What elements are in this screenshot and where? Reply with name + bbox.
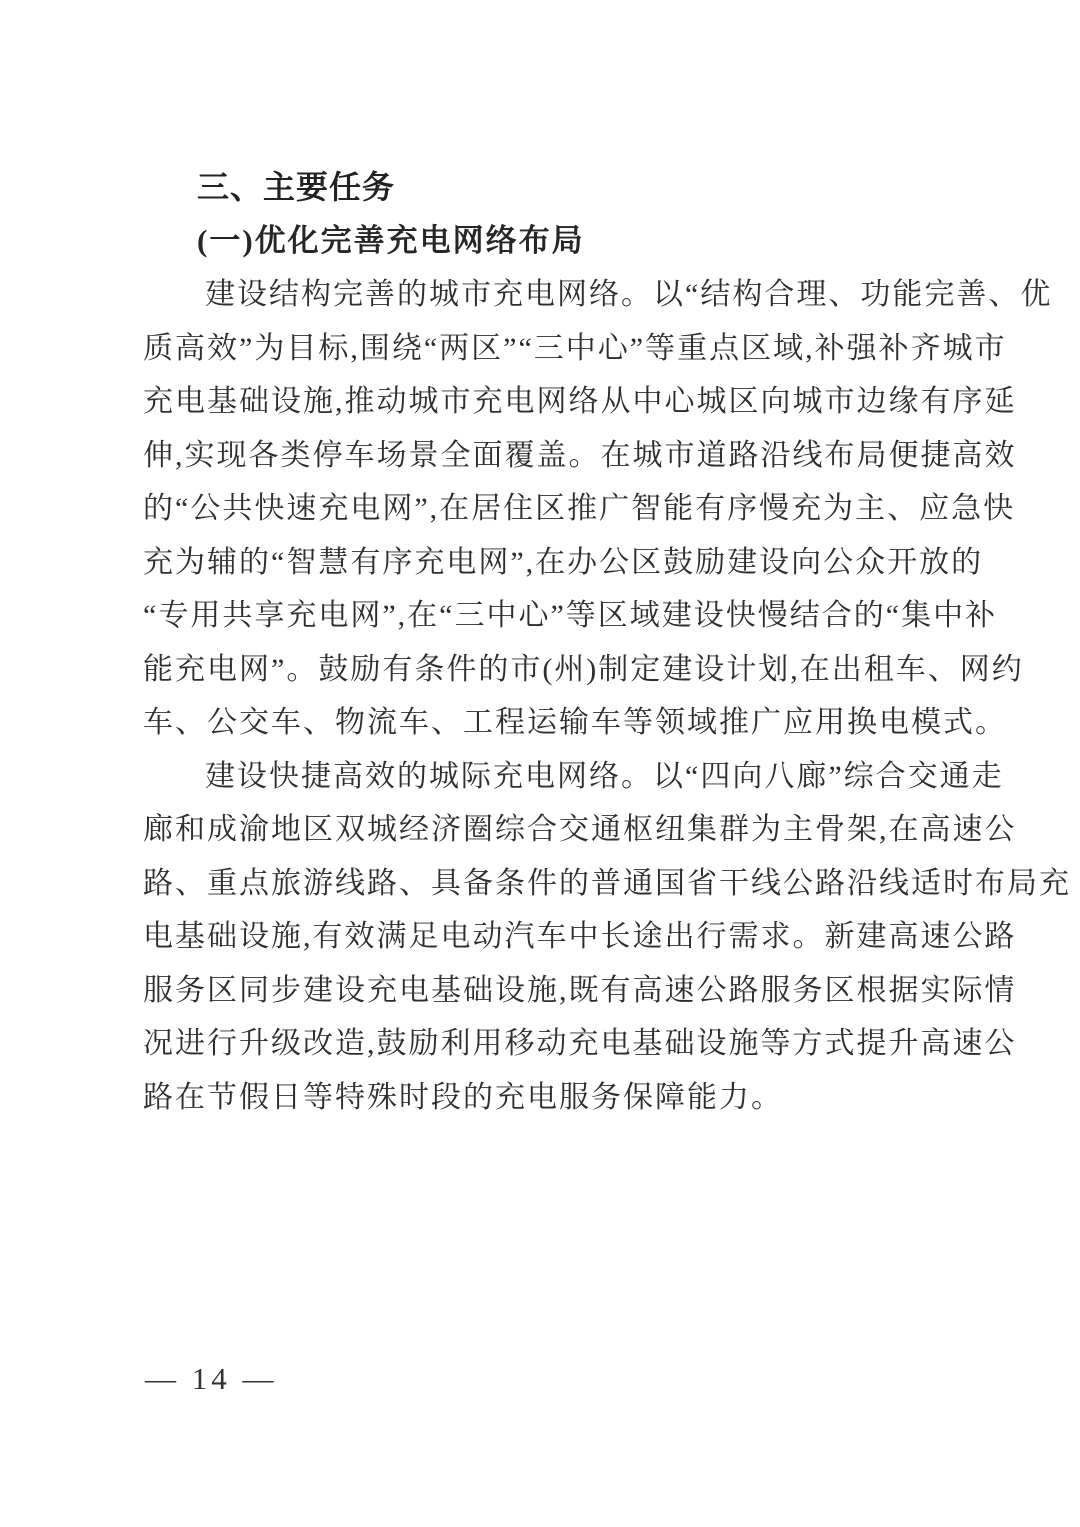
text-line: 充为辅的“智慧有序充电网”,在办公区鼓励建设向公众开放的 xyxy=(143,536,941,590)
text-line: 服务区同步建设充电基础设施,既有高速公路服务区根据实际情 xyxy=(143,964,941,1018)
page-number: — 14 — xyxy=(145,1352,278,1406)
paragraph-2: 建设快捷高效的城际充电网络。以“四向八廊”综合交通走 廊和成渝地区双城经济圈综合… xyxy=(143,750,941,1125)
text-line: “专用共享充电网”,在“三中心”等区域建设快慢结合的“集中补 xyxy=(143,589,941,643)
document-content: 三、主要任务 (一)优化完善充电网络布局 建设结构完善的城市充电网络。以“结构合… xyxy=(143,160,941,1124)
text-line: 伸,实现各类停车场景全面覆盖。在城市道路沿线布局便捷高效 xyxy=(143,429,941,483)
text-line: 的“公共快速充电网”,在居住区推广智能有序慢充为主、应急快 xyxy=(143,482,941,536)
text-line: 建设快捷高效的城际充电网络。以“四向八廊”综合交通走 xyxy=(143,750,941,804)
text-line: 建设结构完善的城市充电网络。以“结构合理、功能完善、优 xyxy=(143,268,941,322)
paragraph-1: 建设结构完善的城市充电网络。以“结构合理、功能完善、优 质高效”为目标,围绕“两… xyxy=(143,268,941,750)
document-page: 三、主要任务 (一)优化完善充电网络布局 建设结构完善的城市充电网络。以“结构合… xyxy=(0,0,1080,1527)
text-line: 电基础设施,有效满足电动汽车中长途出行需求。新建高速公路 xyxy=(143,910,941,964)
text-line: 能充电网”。鼓励有条件的市(州)制定建设计划,在出租车、网约 xyxy=(143,643,941,697)
text-line: 车、公交车、物流车、工程运输车等领域推广应用换电模式。 xyxy=(143,696,941,750)
section-heading: 三、主要任务 xyxy=(143,160,941,214)
text-line: 质高效”为目标,围绕“两区”“三中心”等重点区域,补强补齐城市 xyxy=(143,322,941,376)
text-line: 路在节假日等特殊时段的充电服务保障能力。 xyxy=(143,1071,941,1125)
subsection-heading: (一)优化完善充电网络布局 xyxy=(143,214,941,268)
text-line: 路、重点旅游线路、具备条件的普通国省干线公路沿线适时布局充 xyxy=(143,857,941,911)
text-line: 况进行升级改造,鼓励利用移动充电基础设施等方式提升高速公 xyxy=(143,1017,941,1071)
text-line: 充电基础设施,推动城市充电网络从中心城区向城市边缘有序延 xyxy=(143,375,941,429)
text-line: 廊和成渝地区双城经济圈综合交通枢纽集群为主骨架,在高速公 xyxy=(143,803,941,857)
